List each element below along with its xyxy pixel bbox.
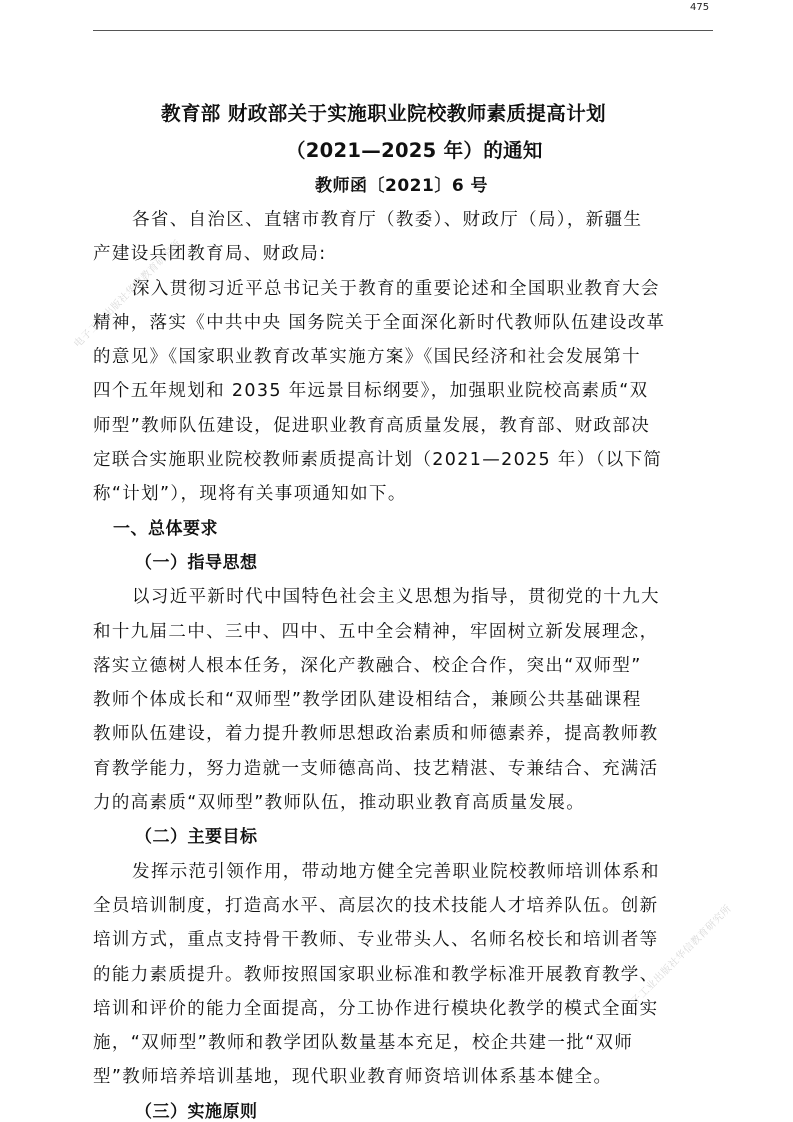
title-line-1: 教育部 财政部关于实施职业院校教师素质提高计划 [93,95,713,132]
paragraph-line: 和十九届二中、三中、四中、五中全会精神，牢固树立新发展理念， [93,615,713,649]
header-rule [93,30,713,31]
paragraph-line: 精神，落实《中共中央 国务院关于全面深化新时代教师队伍建设改革 [93,306,713,340]
paragraph-line: 深入贯彻习近平总书记关于教育的重要论述和全国职业教育大会 [93,272,713,306]
document-number: 教师函〔2021〕6 号 [93,169,713,203]
paragraph-line: 教师个体成长和“双师型”教学团队建设相结合，兼顾公共基础课程 [93,683,713,717]
paragraph-line: 教师队伍建设，着力提升教师思想政治素质和师德素养，提高教师教 [93,717,713,751]
intro-paragraph: 深入贯彻习近平总书记关于教育的重要论述和全国职业教育大会 精神，落实《中共中央 … [93,272,713,512]
salutation-line: 各省、自治区、直辖市教育厅（教委）、财政厅（局），新疆生 [93,203,713,237]
subsection-heading-main-goals: （二）主要目标 [93,820,713,854]
subsection-heading-guiding-ideology: （一）指导思想 [93,546,713,580]
paragraph-line: 定联合实施职业院校教师素质提高计划（2021—2025 年）（以下简 [93,443,713,477]
salutation-line: 产建设兵团教育局、财政局: [93,237,713,271]
paragraph-line: 培训和评价的能力全面提高，分工协作进行模块化教学的模式全面实 [93,992,713,1026]
salutation: 各省、自治区、直辖市教育厅（教委）、财政厅（局），新疆生 产建设兵团教育局、财政… [93,203,713,272]
paragraph-line: 育教学能力，努力造就一支师德高尚、技艺精湛、专兼结合、充满活 [93,752,713,786]
paragraph-line: 以习近平新时代中国特色社会主义思想为指导，贯彻党的十九大 [93,580,713,614]
guiding-ideology-paragraph: 以习近平新时代中国特色社会主义思想为指导，贯彻党的十九大 和十九届二中、三中、四… [93,580,713,820]
document-title: 教育部 财政部关于实施职业院校教师素质提高计划 （2021—2025 年）的通知 [93,95,713,169]
paragraph-line: 力的高素质“双师型”教师队伍，推动职业教育高质量发展。 [93,786,713,820]
document-body: 教育部 财政部关于实施职业院校教师素质提高计划 （2021—2025 年）的通知… [93,95,713,1122]
paragraph-line: 施，“双师型”教师和教学团队数量基本充足，校企共建一批“双师 [93,1026,713,1060]
section-heading-general-requirements: 一、总体要求 [93,512,713,546]
paragraph-line: 四个五年规划和 2035 年远景目标纲要》，加强职业院校高素质“双 [93,374,713,408]
page-number: 475 [690,2,709,13]
title-line-2: （2021—2025 年）的通知 [93,132,713,169]
paragraph-line: 型”教师培养培训基地，现代职业教育师资培训体系基本健全。 [93,1060,713,1094]
paragraph-line: 的能力素质提升。教师按照国家职业标准和教学标准开展教育教学、 [93,958,713,992]
paragraph-line: 师型”教师队伍建设，促进职业教育高质量发展，教育部、财政部决 [93,409,713,443]
subsection-heading-implementation-principles: （三）实施原则 [93,1095,713,1122]
paragraph-line: 的意见》《国家职业教育改革实施方案》《国民经济和社会发展第十 [93,340,713,374]
paragraph-line: 发挥示范引领作用，带动地方健全完善职业院校教师培训体系和 [93,855,713,889]
paragraph-line: 培训方式，重点支持骨干教师、专业带头人、名师名校长和培训者等 [93,923,713,957]
paragraph-line: 落实立德树人根本任务，深化产教融合、校企合作，突出“双师型” [93,649,713,683]
main-goals-paragraph: 发挥示范引领作用，带动地方健全完善职业院校教师培训体系和 全员培训制度，打造高水… [93,855,713,1095]
paragraph-line: 称“计划”），现将有关事项通知如下。 [93,477,713,511]
paragraph-line: 全员培训制度，打造高水平、高层次的技术技能人才培养队伍。创新 [93,889,713,923]
